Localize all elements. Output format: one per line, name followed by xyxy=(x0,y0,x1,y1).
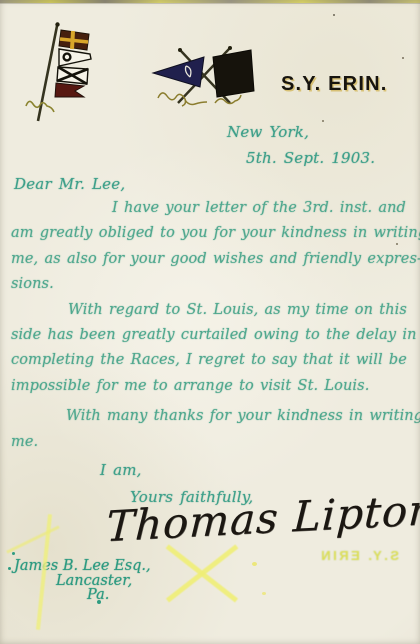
body-line-7: completing the Races, I regret to say th… xyxy=(11,348,420,373)
place-line: New York, xyxy=(227,123,309,141)
letterhead-artwork xyxy=(0,0,420,140)
body-line-8: impossible for me to arrange to visit St… xyxy=(11,374,420,399)
body-line-5: With regard to St. Louis, as my time on … xyxy=(11,298,420,323)
closing-line: I am, xyxy=(100,461,142,479)
recipient-address: James B. Lee Esq.,Lancaster,Pa. xyxy=(14,559,151,603)
bleed-through-stamp: S.Y. ERIN xyxy=(287,548,399,563)
bleed-through-crossed-pole-2 xyxy=(166,544,238,602)
recipient-line-3: Pa. xyxy=(87,588,151,603)
body-line-3: me, as also for your good wishes and fri… xyxy=(11,247,420,272)
bleed-speck xyxy=(262,592,266,595)
scanned-letter-page: S.Y. ERIN. New York, 5th. Sept. 1903. De… xyxy=(0,0,420,644)
body-line-2: am greatly obliged to you for your kindn… xyxy=(11,221,420,246)
salutation: Dear Mr. Lee, xyxy=(14,175,125,193)
recipient-line-2: Lancaster, xyxy=(56,574,151,589)
bleed-through-rope xyxy=(6,525,59,553)
ink-speck xyxy=(8,567,11,570)
signal-flag-hoist-icon xyxy=(26,22,91,121)
recipient-line-1: James B. Lee Esq., xyxy=(14,559,151,574)
yacht-name-heading: S.Y. ERIN. xyxy=(281,73,387,96)
body-line-6: side has been greatly curtailed owing to… xyxy=(11,323,420,348)
body-line-10: me. xyxy=(11,430,420,455)
crossed-yacht-flags-icon xyxy=(153,46,254,106)
bleed-speck xyxy=(252,562,257,566)
ink-speck xyxy=(12,552,15,555)
date-line: 5th. Sept. 1903. xyxy=(246,149,375,167)
letter-body: I have your letter of the 3rd. inst. and… xyxy=(11,196,420,455)
bleed-through-crossed-pole-1 xyxy=(166,544,238,602)
body-line-1: I have your letter of the 3rd. inst. and xyxy=(11,196,420,221)
body-line-9: With many thanks for your kindness in wr… xyxy=(11,404,420,429)
body-line-4: sions. xyxy=(11,272,420,297)
